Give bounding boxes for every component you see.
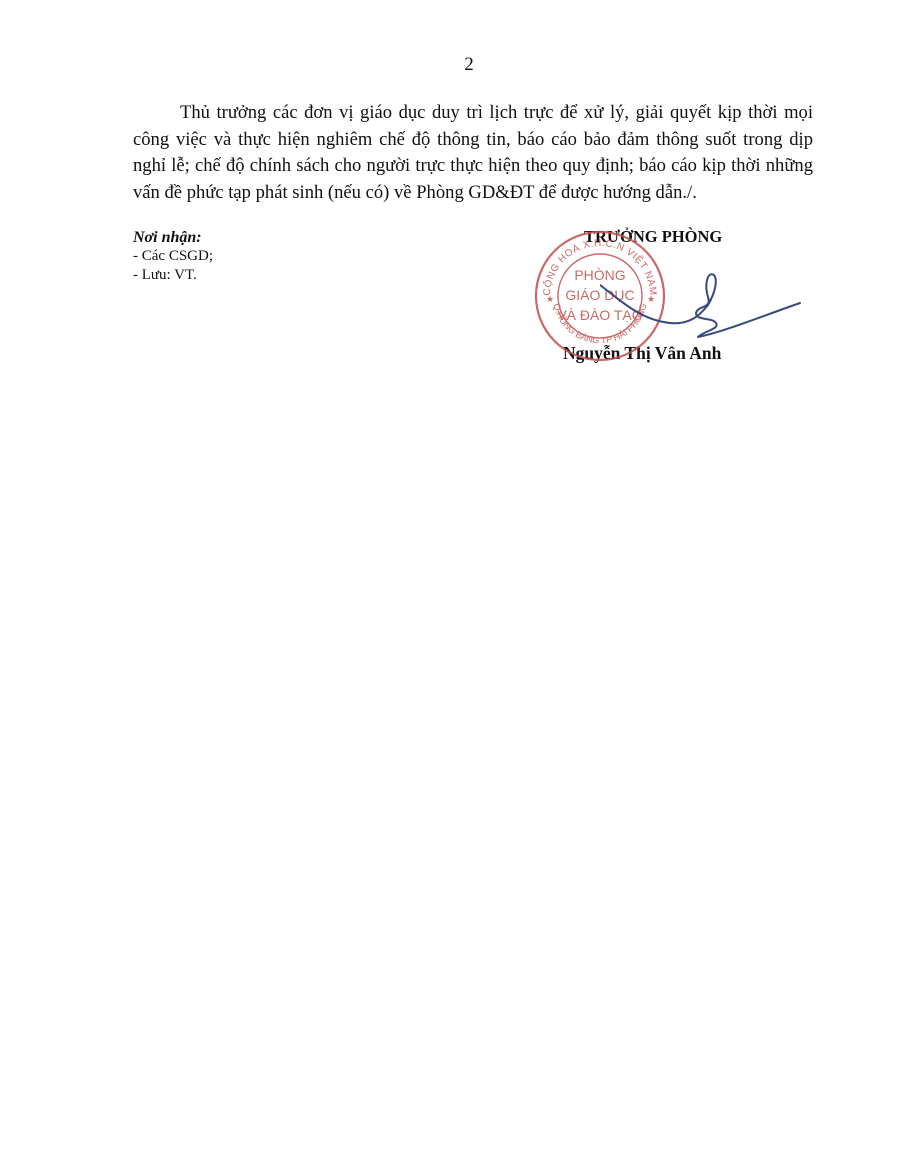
svg-text:★: ★	[546, 294, 554, 304]
recipients-block: Nơi nhận: - Các CSGD; - Lưu: VT.	[133, 228, 213, 285]
handwritten-signature	[600, 265, 810, 345]
recipient-item: - Các CSGD;	[133, 247, 213, 266]
recipients-title: Nơi nhận:	[133, 228, 213, 247]
body-paragraph: Thủ trưởng các đơn vị giáo dục duy trì l…	[133, 100, 813, 206]
page-number: 2	[0, 54, 900, 76]
recipient-item: - Lưu: VT.	[133, 266, 213, 285]
